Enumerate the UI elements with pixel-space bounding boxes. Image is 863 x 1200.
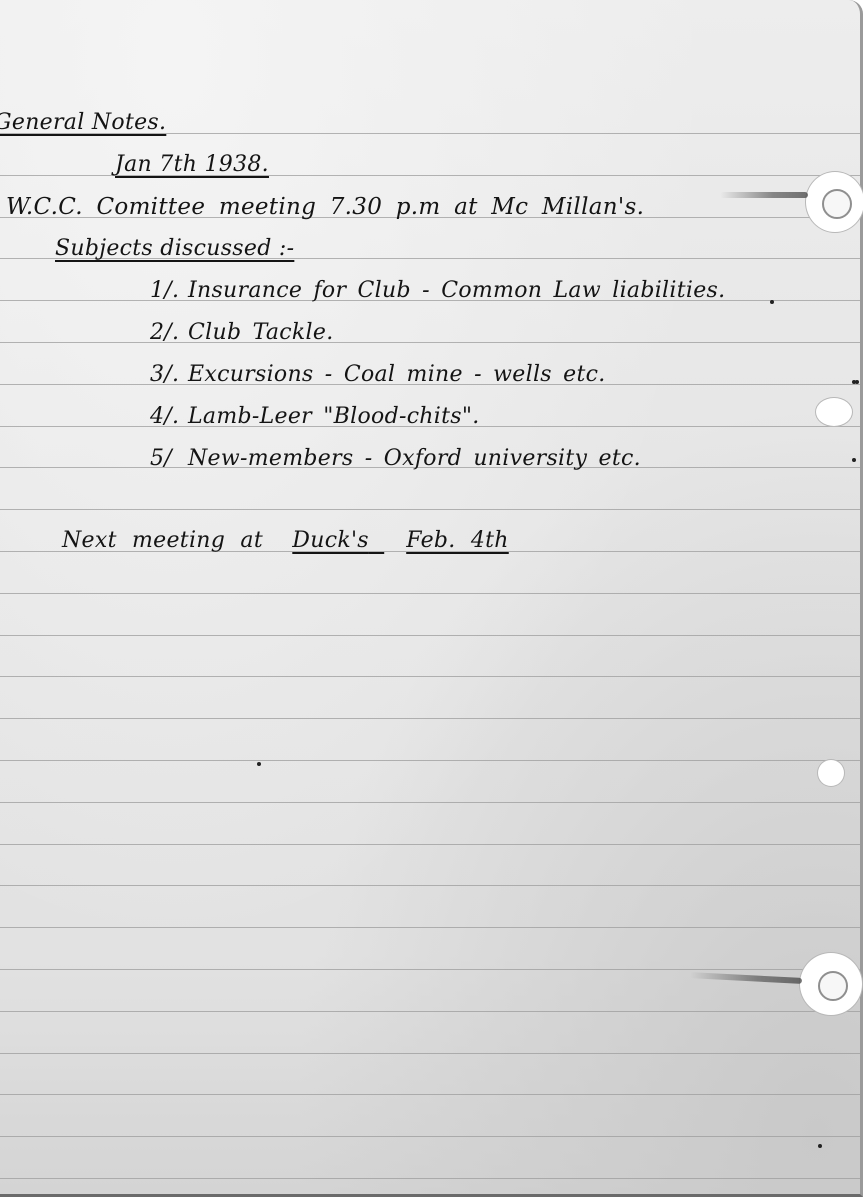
bleed-through-text	[560, 300, 566, 324]
rule-line	[0, 885, 860, 886]
item-text: Insurance for Club - Common Law liabilit…	[188, 278, 725, 303]
heading: General Notes.	[0, 110, 166, 135]
item-number: 3/.	[150, 362, 188, 387]
subjects-heading-text: Subjects discussed :-	[55, 236, 294, 261]
subjects-heading: Subjects discussed :-	[55, 236, 294, 261]
next-meeting-date: Feb. 4th	[406, 528, 509, 553]
rule-line	[0, 1011, 860, 1012]
item-number: 2/.	[150, 320, 188, 345]
rule-line	[0, 802, 860, 803]
rule-line	[0, 1053, 860, 1054]
meeting-line: W.C.C. Comittee meeting 7.30 p.m at Mc M…	[6, 194, 644, 220]
punch-hole	[816, 398, 852, 426]
item-number: 1/.	[150, 278, 188, 303]
paper-tear	[690, 972, 802, 984]
ink-speck	[855, 380, 859, 384]
next-meeting-venue: Duck's	[292, 528, 369, 553]
rule-line	[0, 969, 860, 970]
ink-speck	[818, 1144, 822, 1148]
ink-speck	[852, 458, 856, 462]
list-item: 2/.Club Tackle.	[150, 320, 334, 345]
punch-hole	[818, 760, 844, 786]
next-meeting-venue-date: Duck's Feb. 4th	[292, 528, 508, 553]
rule-line	[0, 1136, 860, 1137]
paper-tear	[720, 192, 808, 198]
rule-line	[0, 1094, 860, 1095]
rule-line	[0, 844, 860, 845]
ink-speck	[770, 300, 774, 304]
rule-line	[0, 676, 860, 677]
next-meeting-line: Next meeting at Duck's Feb. 4th	[62, 528, 509, 553]
item-text: Club Tackle.	[188, 320, 334, 345]
item-text: New-members - Oxford university etc.	[188, 446, 641, 471]
ink-speck	[257, 762, 261, 766]
rule-line	[0, 927, 860, 928]
list-item: 4/.Lamb-Leer "Blood-chits".	[150, 404, 480, 429]
rule-line	[0, 718, 860, 719]
rule-line	[0, 593, 860, 594]
list-item: 3/.Excursions - Coal mine - wells etc.	[150, 362, 606, 387]
rule-line	[0, 509, 860, 510]
date-line: Jan 7th 1938.	[115, 152, 269, 177]
rule-line	[0, 342, 860, 343]
list-item: 5/New-members - Oxford university etc.	[150, 446, 641, 471]
rule-line	[0, 635, 860, 636]
notebook-page: General Notes. Jan 7th 1938. W.C.C. Comi…	[0, 0, 863, 1197]
next-meeting-prefix: Next meeting at	[62, 528, 263, 553]
rule-line	[0, 760, 860, 761]
date: Jan 7th 1938.	[115, 152, 269, 177]
punch-hole-reinforced	[806, 172, 863, 232]
item-text: Lamb-Leer "Blood-chits".	[188, 404, 480, 429]
item-number: 5/	[150, 446, 188, 471]
item-text: Excursions - Coal mine - wells etc.	[188, 362, 606, 387]
punch-hole-reinforced	[800, 953, 862, 1015]
list-item: 1/.Insurance for Club - Common Law liabi…	[150, 278, 725, 303]
item-number: 4/.	[150, 404, 188, 429]
rule-line	[0, 1178, 860, 1179]
